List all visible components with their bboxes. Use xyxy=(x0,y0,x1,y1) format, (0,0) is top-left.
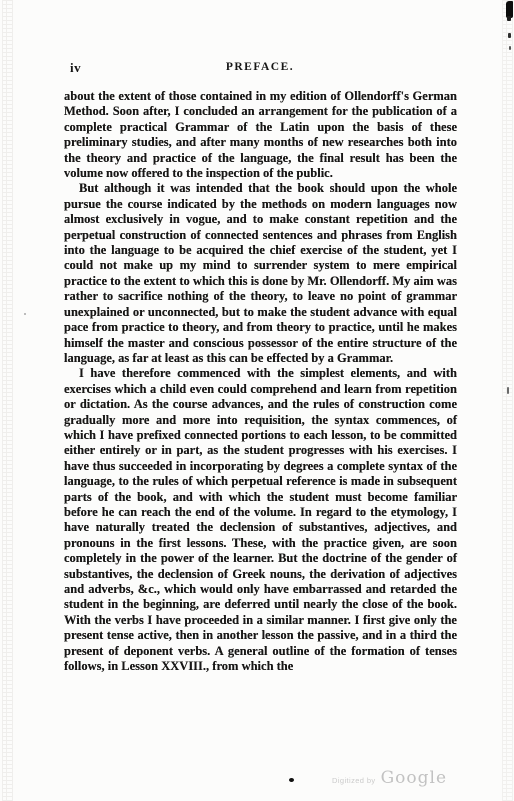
paragraph: But although it was intended that the bo… xyxy=(64,181,457,366)
google-logo: Google xyxy=(381,768,447,788)
scan-edge-pattern-left xyxy=(2,0,13,801)
paragraph: I have therefore commenced with the simp… xyxy=(64,366,457,674)
scan-page: iv PREFACE. about the extent of those co… xyxy=(0,0,514,801)
scan-artifact-speck xyxy=(24,313,26,315)
scan-edge-pattern-right xyxy=(502,0,513,801)
digitized-by-label: Digitized by xyxy=(332,776,376,785)
scan-artifact-blob xyxy=(506,1,513,18)
body-text: about the extent of those contained in m… xyxy=(64,89,457,674)
paragraph: about the extent of those contained in m… xyxy=(64,89,457,181)
page-title: PREFACE. xyxy=(64,61,456,73)
watermark: Digitized by Google xyxy=(332,768,447,790)
scan-artifact-mark xyxy=(508,33,511,38)
scan-artifact-mark xyxy=(507,387,509,394)
page-header: iv PREFACE. xyxy=(64,60,456,76)
scan-artifact-mark xyxy=(509,46,511,50)
ink-dot-artifact xyxy=(289,778,294,782)
